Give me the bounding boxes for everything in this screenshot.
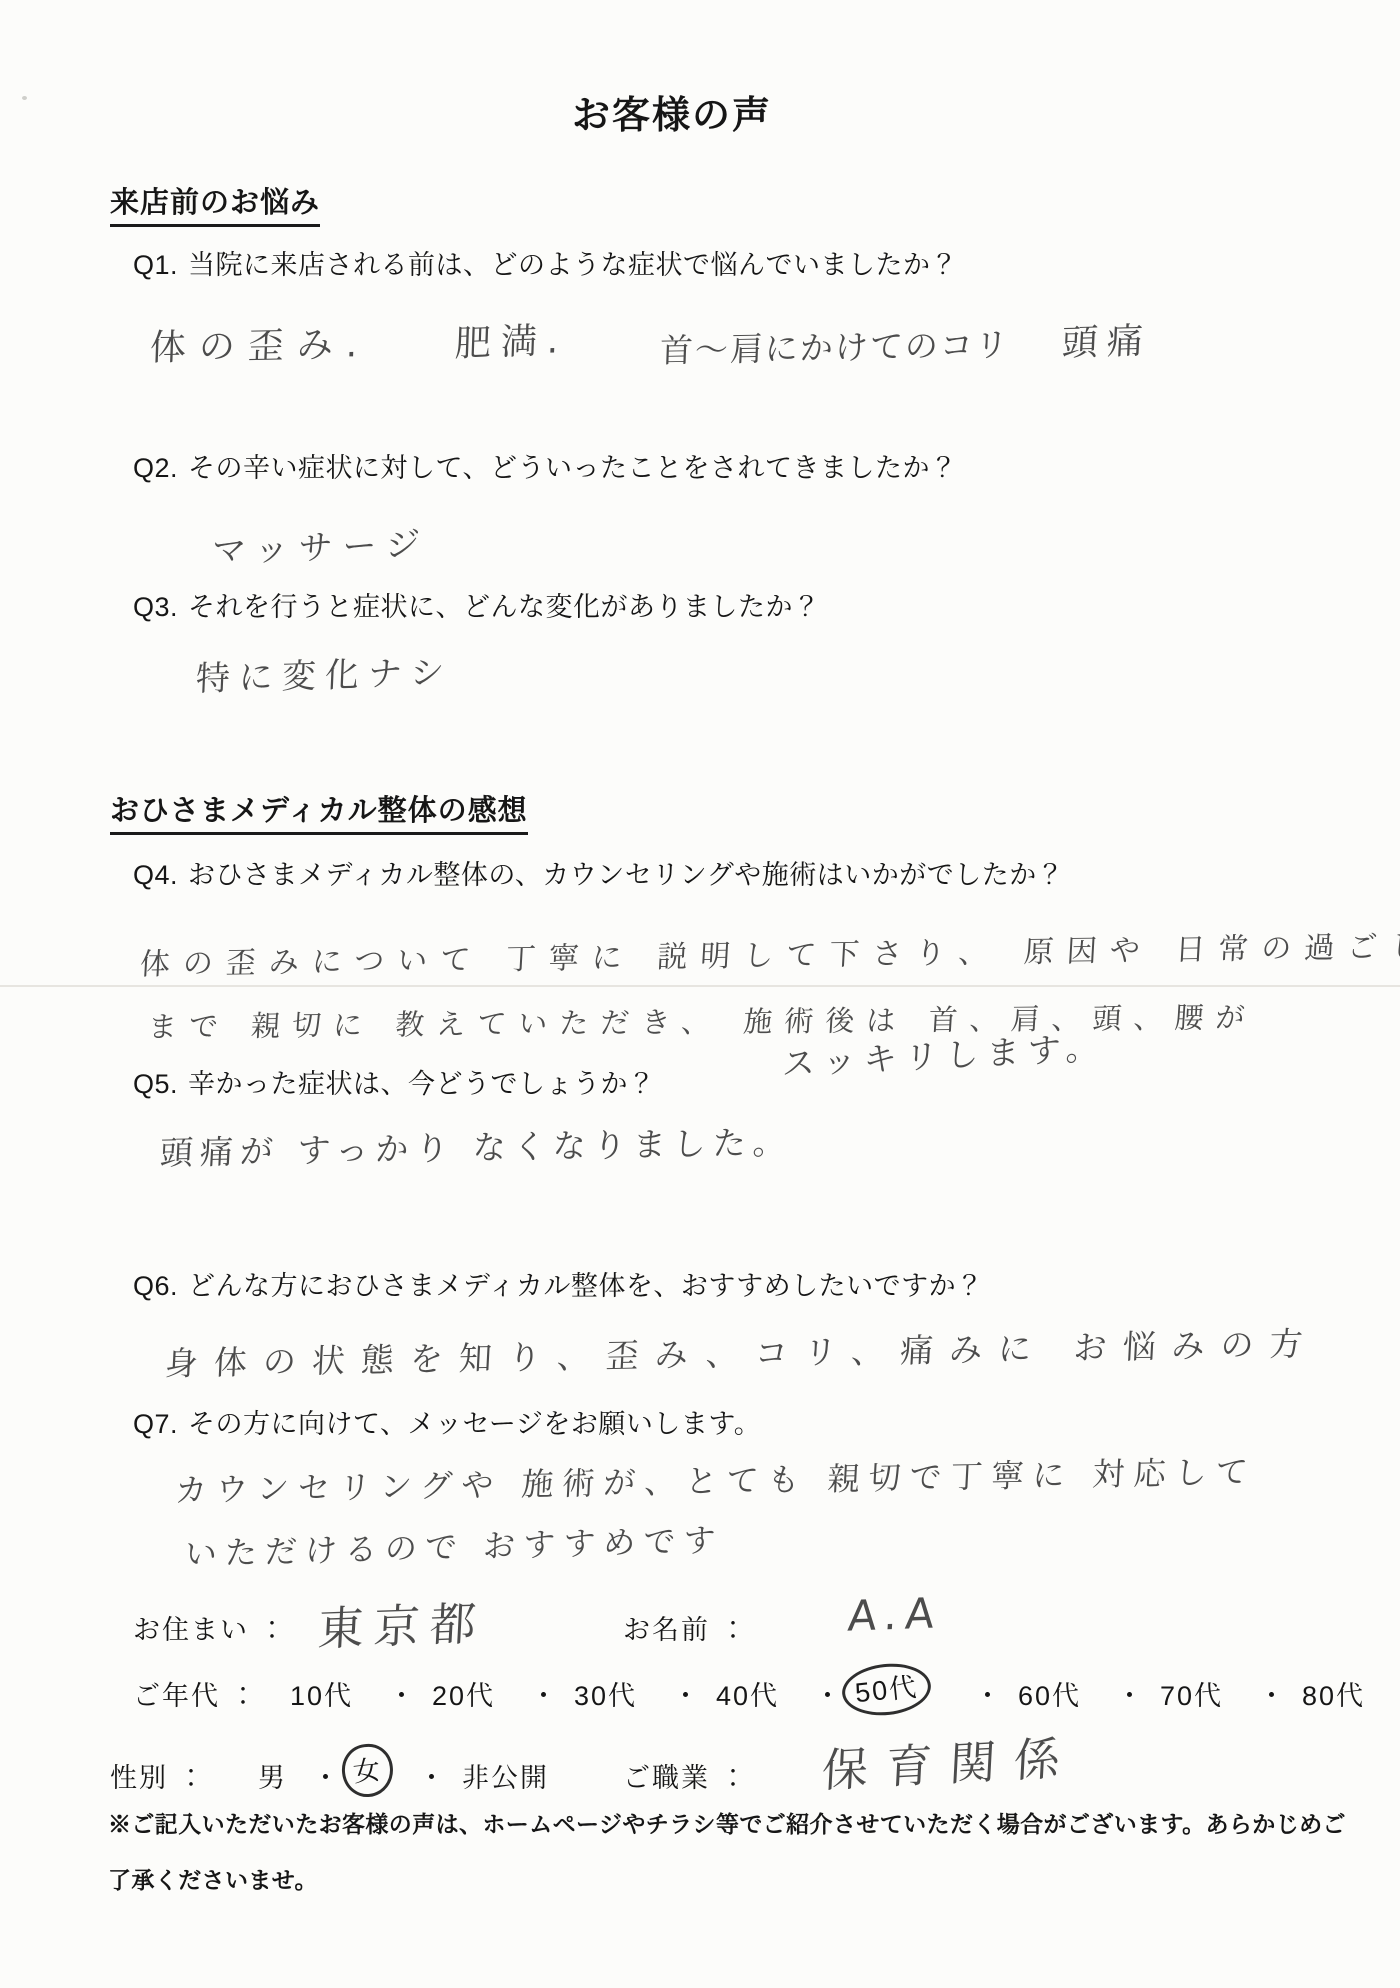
gender-option-female: 女 [352,1755,384,1788]
separator-dot: ・ [974,1674,1003,1713]
question-q1: Q1.当院に来店される前は、どのような症状で悩んでいましたか？ [133,243,958,282]
page-title: お客様の声 [0,84,1372,139]
question-q4: Q4.おひさまメディカル整体の、カウンセリングや施術はいかがでしたか？ [133,853,1064,892]
occupation-value-handwriting: 保育関係 [820,1721,1079,1801]
age-option-60s: 60代 [1018,1674,1081,1713]
q1-label: Q1. [133,250,178,280]
separator-dot: ・ [388,1674,417,1713]
age-option-40s: 40代 [716,1674,779,1713]
q7-answer-line-1: カウンセリングや 施術が、とても 親切で丁寧に 対応して [174,1447,1258,1512]
q2-answer: マッサージ [211,516,431,573]
question-q5: Q5.辛かった症状は、今どうでしょうか？ [133,1062,656,1101]
age-option-50s-circle: 50代 [840,1659,934,1719]
q2-text: その辛い症状に対して、どういったことをされてきましたか？ [188,453,957,483]
separator-dot: ・ [418,1756,447,1795]
q5-answer: 頭痛が すっかり なくなりました。 [159,1116,794,1174]
q5-text: 辛かった症状は、今どうでしょうか？ [188,1069,656,1099]
separator-dot: ・ [1258,1674,1287,1713]
age-option-30s: 30代 [574,1674,637,1713]
footnote-line-1: ※ご記入いただいたお客様の声は、ホームページやチラシ等でご紹介させていただく場合… [108,1806,1346,1839]
question-q2: Q2.その辛い症状に対して、どういったことをされてきましたか？ [133,446,958,485]
q6-label: Q6. [133,1271,178,1301]
gender-option-female-circle: 女 [339,1741,395,1799]
q7-text: その方に向けて、メッセージをお願いします。 [188,1409,761,1439]
separator-dot: ・ [1116,1674,1145,1713]
q6-answer: 身体の状態を知り、歪み、コリ、痛みに お悩みの方 [164,1318,1320,1385]
q7-answer-line-2: いただけるので おすすめです [184,1515,724,1575]
q3-text: それを行うと症状に、どんな変化がありましたか？ [188,592,821,622]
age-option-20s: 20代 [432,1674,495,1713]
gender-option-male: 男 [258,1756,287,1795]
residence-label: お住まい ： [133,1608,288,1647]
age-option-10s: 10代 [290,1674,353,1713]
q4-answer-line-1: 体の歪みについて 丁寧に 説明して下さり、 原因や 日常の過ごし方 [139,921,1400,984]
age-row: ご年代 ： 10代 ・ 20代 ・ 30代 ・ 40代 ・ 50代 ・ 60代 … [0,1666,1400,1746]
section-heading-impression: おひさまメディカル整体の感想 [110,788,528,835]
separator-dot: ・ [672,1674,701,1713]
name-label: お名前 ： [623,1608,749,1647]
gender-option-private: 非公開 [462,1756,549,1795]
q5-label: Q5. [133,1069,178,1099]
q1-answer-part-2: 肥満. [454,312,569,367]
separator-dot: ・ [530,1674,559,1713]
q1-answer-part-1: 体の歪み. [149,316,371,371]
separator-dot: ・ [814,1674,843,1713]
section-heading-before-visit: 来店前のお悩み [110,180,320,227]
question-q3: Q3.それを行うと症状に、どんな変化がありましたか？ [133,585,821,624]
questionnaire-scan-page: お客様の声 来店前のお悩み Q1.当院に来店される前は、どのような症状で悩んでい… [0,0,1400,1988]
q3-label: Q3. [133,592,178,622]
age-option-70s: 70代 [1160,1674,1223,1713]
footnote-line-2: 了承くださいませ。 [108,1862,318,1895]
name-value-handwriting: A.A [846,1588,943,1640]
scan-crease-line [0,985,1400,987]
age-option-80s: 80代 [1302,1674,1365,1713]
separator-dot: ・ [312,1756,341,1795]
age-option-50s: 50代 [854,1672,920,1708]
age-label: ご年代 ： [133,1674,259,1713]
residence-value-handwriting: 東京都 [316,1587,487,1659]
q7-label: Q7. [133,1409,178,1439]
q1-answer-part-3: 首～肩にかけてのコリ [659,319,1011,372]
q6-text: どんな方におひさまメディカル整体を、おすすめしたいですか？ [188,1271,984,1301]
q4-label: Q4. [133,860,178,890]
q4-text: おひさまメディカル整体の、カウンセリングや施術はいかがでしたか？ [188,860,1064,890]
q3-answer: 特に変化ナシ [195,645,454,701]
q2-label: Q2. [133,453,178,483]
question-q7: Q7.その方に向けて、メッセージをお願いします。 [133,1402,761,1441]
occupation-label: ご職業 ： [623,1756,749,1795]
gender-label: 性別 ： [110,1756,207,1795]
q1-text: 当院に来店される前は、どのような症状で悩んでいましたか？ [188,250,958,280]
q1-answer-part-4: 頭痛 [1061,313,1153,366]
question-q6: Q6.どんな方におひさまメディカル整体を、おすすめしたいですか？ [133,1264,984,1303]
